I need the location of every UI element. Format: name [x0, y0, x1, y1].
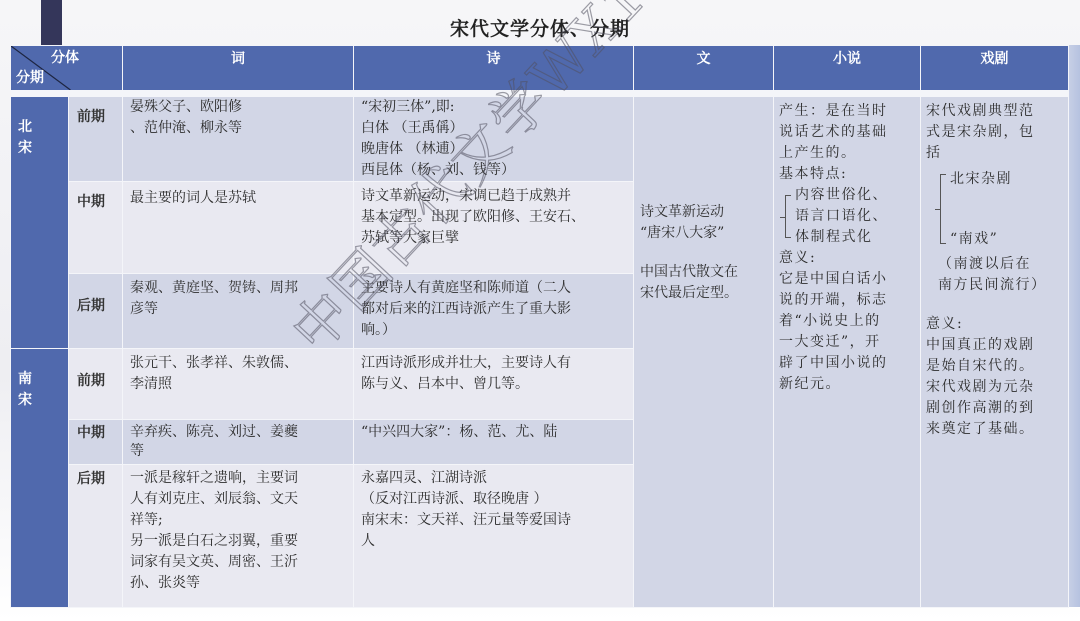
text-line: 都对后来的江西诗派产生了重大影 [361, 299, 627, 320]
text-line: 张元干、张孝祥、朱敦儒、 [130, 349, 347, 374]
page-title: 宋代文学分体、分期 [360, 14, 720, 41]
corner-label-genre: 分体 [51, 48, 79, 69]
column-header-ci: 词 [123, 46, 354, 91]
drama-types-bracket-list: 北宋杂剧 “南戏” [938, 164, 1062, 254]
text-line: 另一派是白石之羽翼，重要 [130, 531, 347, 552]
text-line: 等 [130, 443, 347, 459]
period-label: 中期 [69, 420, 123, 465]
text-line: 辛弃疾、陈亮、刘过、姜夔 [130, 420, 347, 443]
dynasty-southern-song: 南 宋 [11, 349, 69, 608]
text-line: 上产生的。 [779, 143, 914, 164]
ci-cell: 晏殊父子、欧阳修 、范仲淹、柳永等 [123, 97, 354, 182]
features-bracket-list: 内容世俗化、 语言口语化、 体制程式化 [783, 185, 914, 248]
text-line: 一派是稼轩之遗响，主要词 [130, 465, 347, 489]
corner-label-period: 分期 [16, 68, 44, 89]
text-line: 陈与义、吕本中、曾几等。 [361, 374, 627, 395]
text-line: 李清照 [130, 374, 347, 395]
dynasty-char: 宋 [18, 138, 68, 159]
spacer [950, 194, 1062, 224]
text-line: “中兴四大家”：杨、范、尤、陆 [361, 420, 627, 443]
text-line: 秦观、黄庭坚、贺铸、周邦 [130, 274, 347, 299]
feature-item: 内容世俗化、 [795, 185, 914, 206]
shi-cell: 诗文革新运动，宋调已趋于成熟并 基本定型。出现了欧阳修、王安石、 苏轼等大家巨擘 [354, 182, 634, 274]
shi-cell: 永嘉四灵、江湖诗派 （反对江西诗派、取径晚唐 ） 南宋末：文天祥、汪元量等爱国诗… [354, 465, 634, 608]
spacer [926, 296, 1062, 314]
text-line: 主要诗人有黄庭坚和陈师道（二人 [361, 274, 627, 299]
text-line: 西昆体（杨、刘、钱等） [361, 160, 627, 181]
ci-cell: 秦观、黄庭坚、贺铸、周邦 彦等 [123, 274, 354, 349]
text-line: 南宋末：文天祥、汪元量等爱国诗 [361, 510, 627, 531]
text-line: 新纪元。 [779, 374, 914, 395]
text-line: 词家有吴文英、周密、王沂 [130, 552, 347, 573]
text-line: “唐宋八大家” [640, 223, 767, 244]
text-line: 辟了中国小说的 [779, 353, 914, 374]
text-line: 诗文革新运动，宋调已趋于成熟并 [361, 182, 627, 207]
header-row: 分体 分期 词 诗 文 小说 戏剧 [11, 46, 1069, 91]
xiju-cell: 宋代戏剧典型范 式是宋杂剧，包 括 北宋杂剧 “南戏” （南渡以后在 南方民间流… [921, 97, 1069, 608]
text-line: 孙、张炎等 [130, 573, 347, 594]
text-line: 人 [361, 531, 627, 552]
text-line: 永嘉四灵、江湖诗派 [361, 465, 627, 489]
shi-cell: “宋初三体”,即: 白体 （王禹偁） 晚唐体 （林逋） 西昆体（杨、刘、钱等） [354, 97, 634, 182]
feature-item: 体制程式化 [795, 227, 914, 248]
text-line: 最主要的词人是苏轼 [130, 182, 347, 209]
text-line: 响。） [361, 320, 627, 341]
text-line: 苏轼等大家巨擘 [361, 228, 627, 249]
text-line: （南渡以后在 [926, 254, 1062, 275]
text-line: 南方民间流行） [926, 275, 1062, 296]
text-line: 彦等 [130, 299, 347, 320]
text-line: 祥等; [130, 510, 347, 531]
period-label: 后期 [69, 274, 123, 349]
text-line: 诗文革新运动 [640, 202, 767, 223]
dynasty-char: 南 [18, 369, 68, 390]
column-header-xiaoshuo: 小说 [774, 46, 921, 91]
period-label: 中期 [69, 182, 123, 274]
dynasty-char: 宋 [18, 390, 68, 411]
text-line: 江西诗派形成并壮大，主要诗人有 [361, 349, 627, 374]
text-line: 剧创作高潮的到 [926, 398, 1062, 419]
ci-cell: 辛弃疾、陈亮、刘过、姜夔 等 [123, 420, 354, 465]
shi-cell: “中兴四大家”：杨、范、尤、陆 [354, 420, 634, 465]
text-line: 白体 （王禹偁） [361, 118, 627, 139]
text-line: 说的开端，标志 [779, 290, 914, 311]
shi-cell: 主要诗人有黄庭坚和陈师道（二人 都对后来的江西诗派产生了重大影 响。） [354, 274, 634, 349]
period-label: 后期 [69, 465, 123, 608]
text-line: 一大变迁”，开 [779, 332, 914, 353]
table-row: 北 宋 前期 晏殊父子、欧阳修 、范仲淹、柳永等 “宋初三体”,即: 白体 （王… [11, 97, 1069, 182]
song-literature-table: 分体 分期 词 诗 文 小说 戏剧 北 宋 前期 晏殊父子、欧阳修 、范仲淹、柳… [10, 45, 1069, 608]
text-line: 中国古代散文在 [640, 262, 767, 283]
header-corner-cell: 分体 分期 [11, 46, 123, 91]
drama-type-item: 北宋杂剧 [950, 164, 1062, 194]
text-line: 来奠定了基础。 [926, 419, 1062, 440]
shi-cell: 江西诗派形成并壮大，主要诗人有 陈与义、吕本中、曾几等。 [354, 349, 634, 420]
drama-type-item: “南戏” [950, 224, 1062, 254]
text-line: 晚唐体 （林逋） [361, 139, 627, 160]
dynasty-northern-song: 北 宋 [11, 97, 69, 349]
text-line: 着“小说史上的 [779, 311, 914, 332]
features-label: 基本特点: [779, 164, 914, 185]
text-line: 、范仲淹、柳永等 [130, 118, 347, 139]
text-line: “宋初三体”,即: [361, 97, 627, 118]
ci-cell: 一派是稼轩之遗响，主要词 人有刘克庄、刘辰翁、文天 祥等; 另一派是白石之羽翼，… [123, 465, 354, 608]
text-line: 产生：是在当时 [779, 101, 914, 122]
column-header-wen: 文 [634, 46, 774, 91]
ci-cell: 张元干、张孝祥、朱敦儒、 李清照 [123, 349, 354, 420]
decorative-bar [41, 0, 62, 45]
text-line: 宋代戏剧为元杂 [926, 377, 1062, 398]
xiaoshuo-cell: 产生：是在当时 说话艺术的基础 上产生的。 基本特点: 内容世俗化、 语言口语化… [774, 97, 921, 608]
text-line: 宋代戏剧典型范 [926, 101, 1062, 122]
significance-label: 意义: [926, 314, 1062, 335]
wen-cell: 诗文革新运动 “唐宋八大家” 中国古代散文在 宋代最后定型。 [634, 97, 774, 608]
text-line: 是始自宋代的。 [926, 356, 1062, 377]
spacer [640, 244, 767, 262]
period-label: 前期 [69, 97, 123, 182]
significance-label: 意义: [779, 248, 914, 269]
text-line: 式是宋杂剧，包 [926, 122, 1062, 143]
text-line: 宋代最后定型。 [640, 283, 767, 304]
slide-edge-strip [1068, 45, 1080, 607]
feature-item: 语言口语化、 [795, 206, 914, 227]
text-line: 人有刘克庄、刘辰翁、文天 [130, 489, 347, 510]
text-line: （反对江西诗派、取径晚唐 ） [361, 489, 627, 510]
column-header-shi: 诗 [354, 46, 634, 91]
text-line: 说话艺术的基础 [779, 122, 914, 143]
period-label: 前期 [69, 349, 123, 420]
text-line: 晏殊父子、欧阳修 [130, 97, 347, 118]
text-line: 基本定型。出现了欧阳修、王安石、 [361, 207, 627, 228]
ci-cell: 最主要的词人是苏轼 [123, 182, 354, 274]
text-line: 中国真正的戏剧 [926, 335, 1062, 356]
text-line: 它是中国白话小 [779, 269, 914, 290]
dynasty-char: 北 [18, 117, 68, 138]
text-line: 括 [926, 143, 1062, 164]
column-header-xiju: 戏剧 [921, 46, 1069, 91]
